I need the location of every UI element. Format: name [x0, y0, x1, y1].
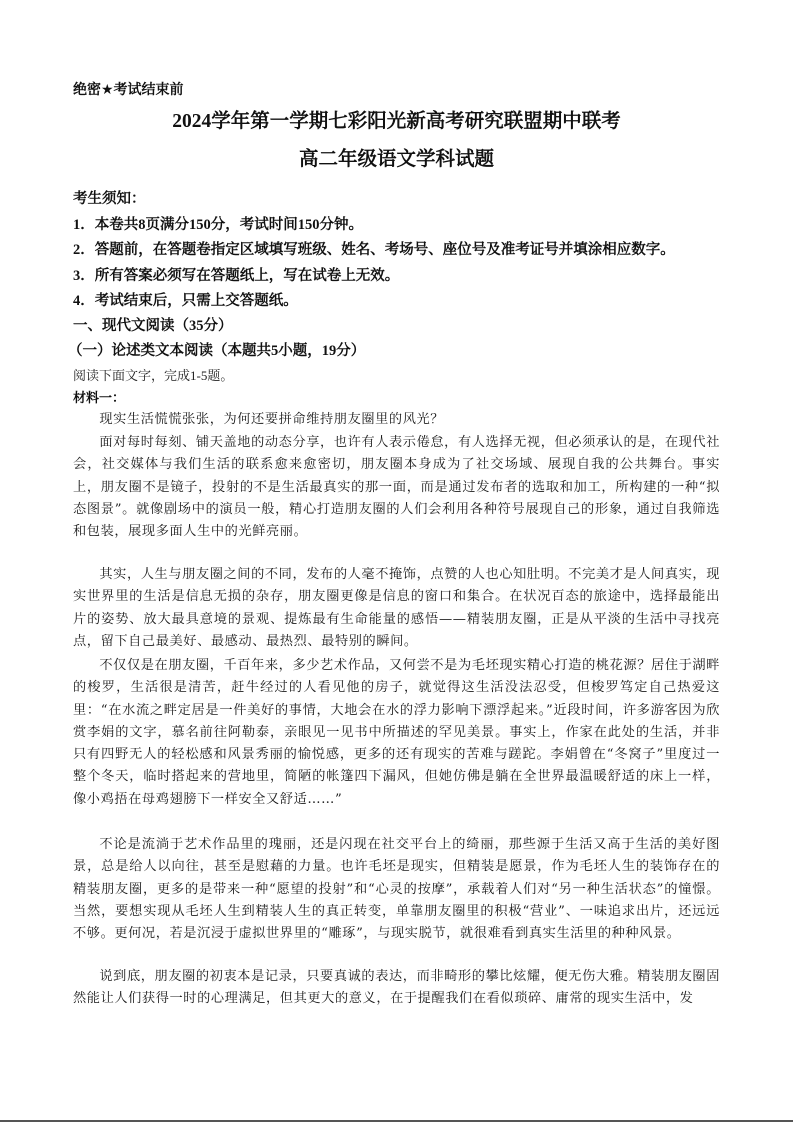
confidential-label: 绝密★考试结束前	[73, 79, 184, 99]
exam-subtitle: 高二年级语文学科试题	[0, 143, 793, 171]
paragraph: 不论是流淌于艺术作品里的瑰丽，还是闪现在社交平台上的绮丽，那些源于生活又高于生活…	[73, 834, 720, 945]
notice-item: 2．答题前，在答题卷指定区域填写班级、姓名、考场号、座位号及准考证号并填涂相应数…	[73, 238, 675, 259]
paragraph: 说到底，朋友圈的初衷本是记录，只要真诚的表达，而非畸形的攀比炫耀，便无伤大雅。精…	[73, 966, 720, 1011]
notice-item: 1．本卷共8页满分150分，考试时间150分钟。	[73, 213, 363, 234]
notice-heading: 考生须知：	[73, 187, 146, 208]
notice-item: 3．所有答案必须写在答题纸上，写在试卷上无效。	[73, 264, 399, 285]
paragraph: 其实，人生与朋友圈之间的不同，发布的人毫不掩饰，点赞的人也心知肚明。不完美才是人…	[73, 564, 720, 653]
paragraph: 面对每时每刻、铺天盖地的动态分享，也许有人表示倦怠，有人选择无视，但必须承认的是…	[73, 432, 720, 543]
paragraph: 不仅仅是在朋友圈，千百年来，多少艺术作品，又何尝不是为毛坯现实精心打造的桃花源？…	[73, 655, 720, 811]
part-title: 一、现代文阅读（35分）	[73, 314, 233, 335]
notice-item: 4．考试结束后，只需上交答题纸。	[73, 289, 298, 310]
material-label: 材料一：	[73, 387, 125, 406]
exam-page: 绝密★考试结束前 2024学年第一学期七彩阳光新高考研究联盟期中联考 高二年级语…	[0, 0, 793, 1122]
reading-instruction: 阅读下面文字，完成1-5题。	[73, 365, 233, 384]
paragraph: 现实生活慌慌张张，为何还要拼命维持朋友圈里的风光？	[73, 409, 720, 431]
exam-title: 2024学年第一学期七彩阳光新高考研究联盟期中联考	[0, 105, 793, 133]
sub-section-title: （一）论述类文本阅读（本题共5小题，19分）	[68, 339, 365, 360]
